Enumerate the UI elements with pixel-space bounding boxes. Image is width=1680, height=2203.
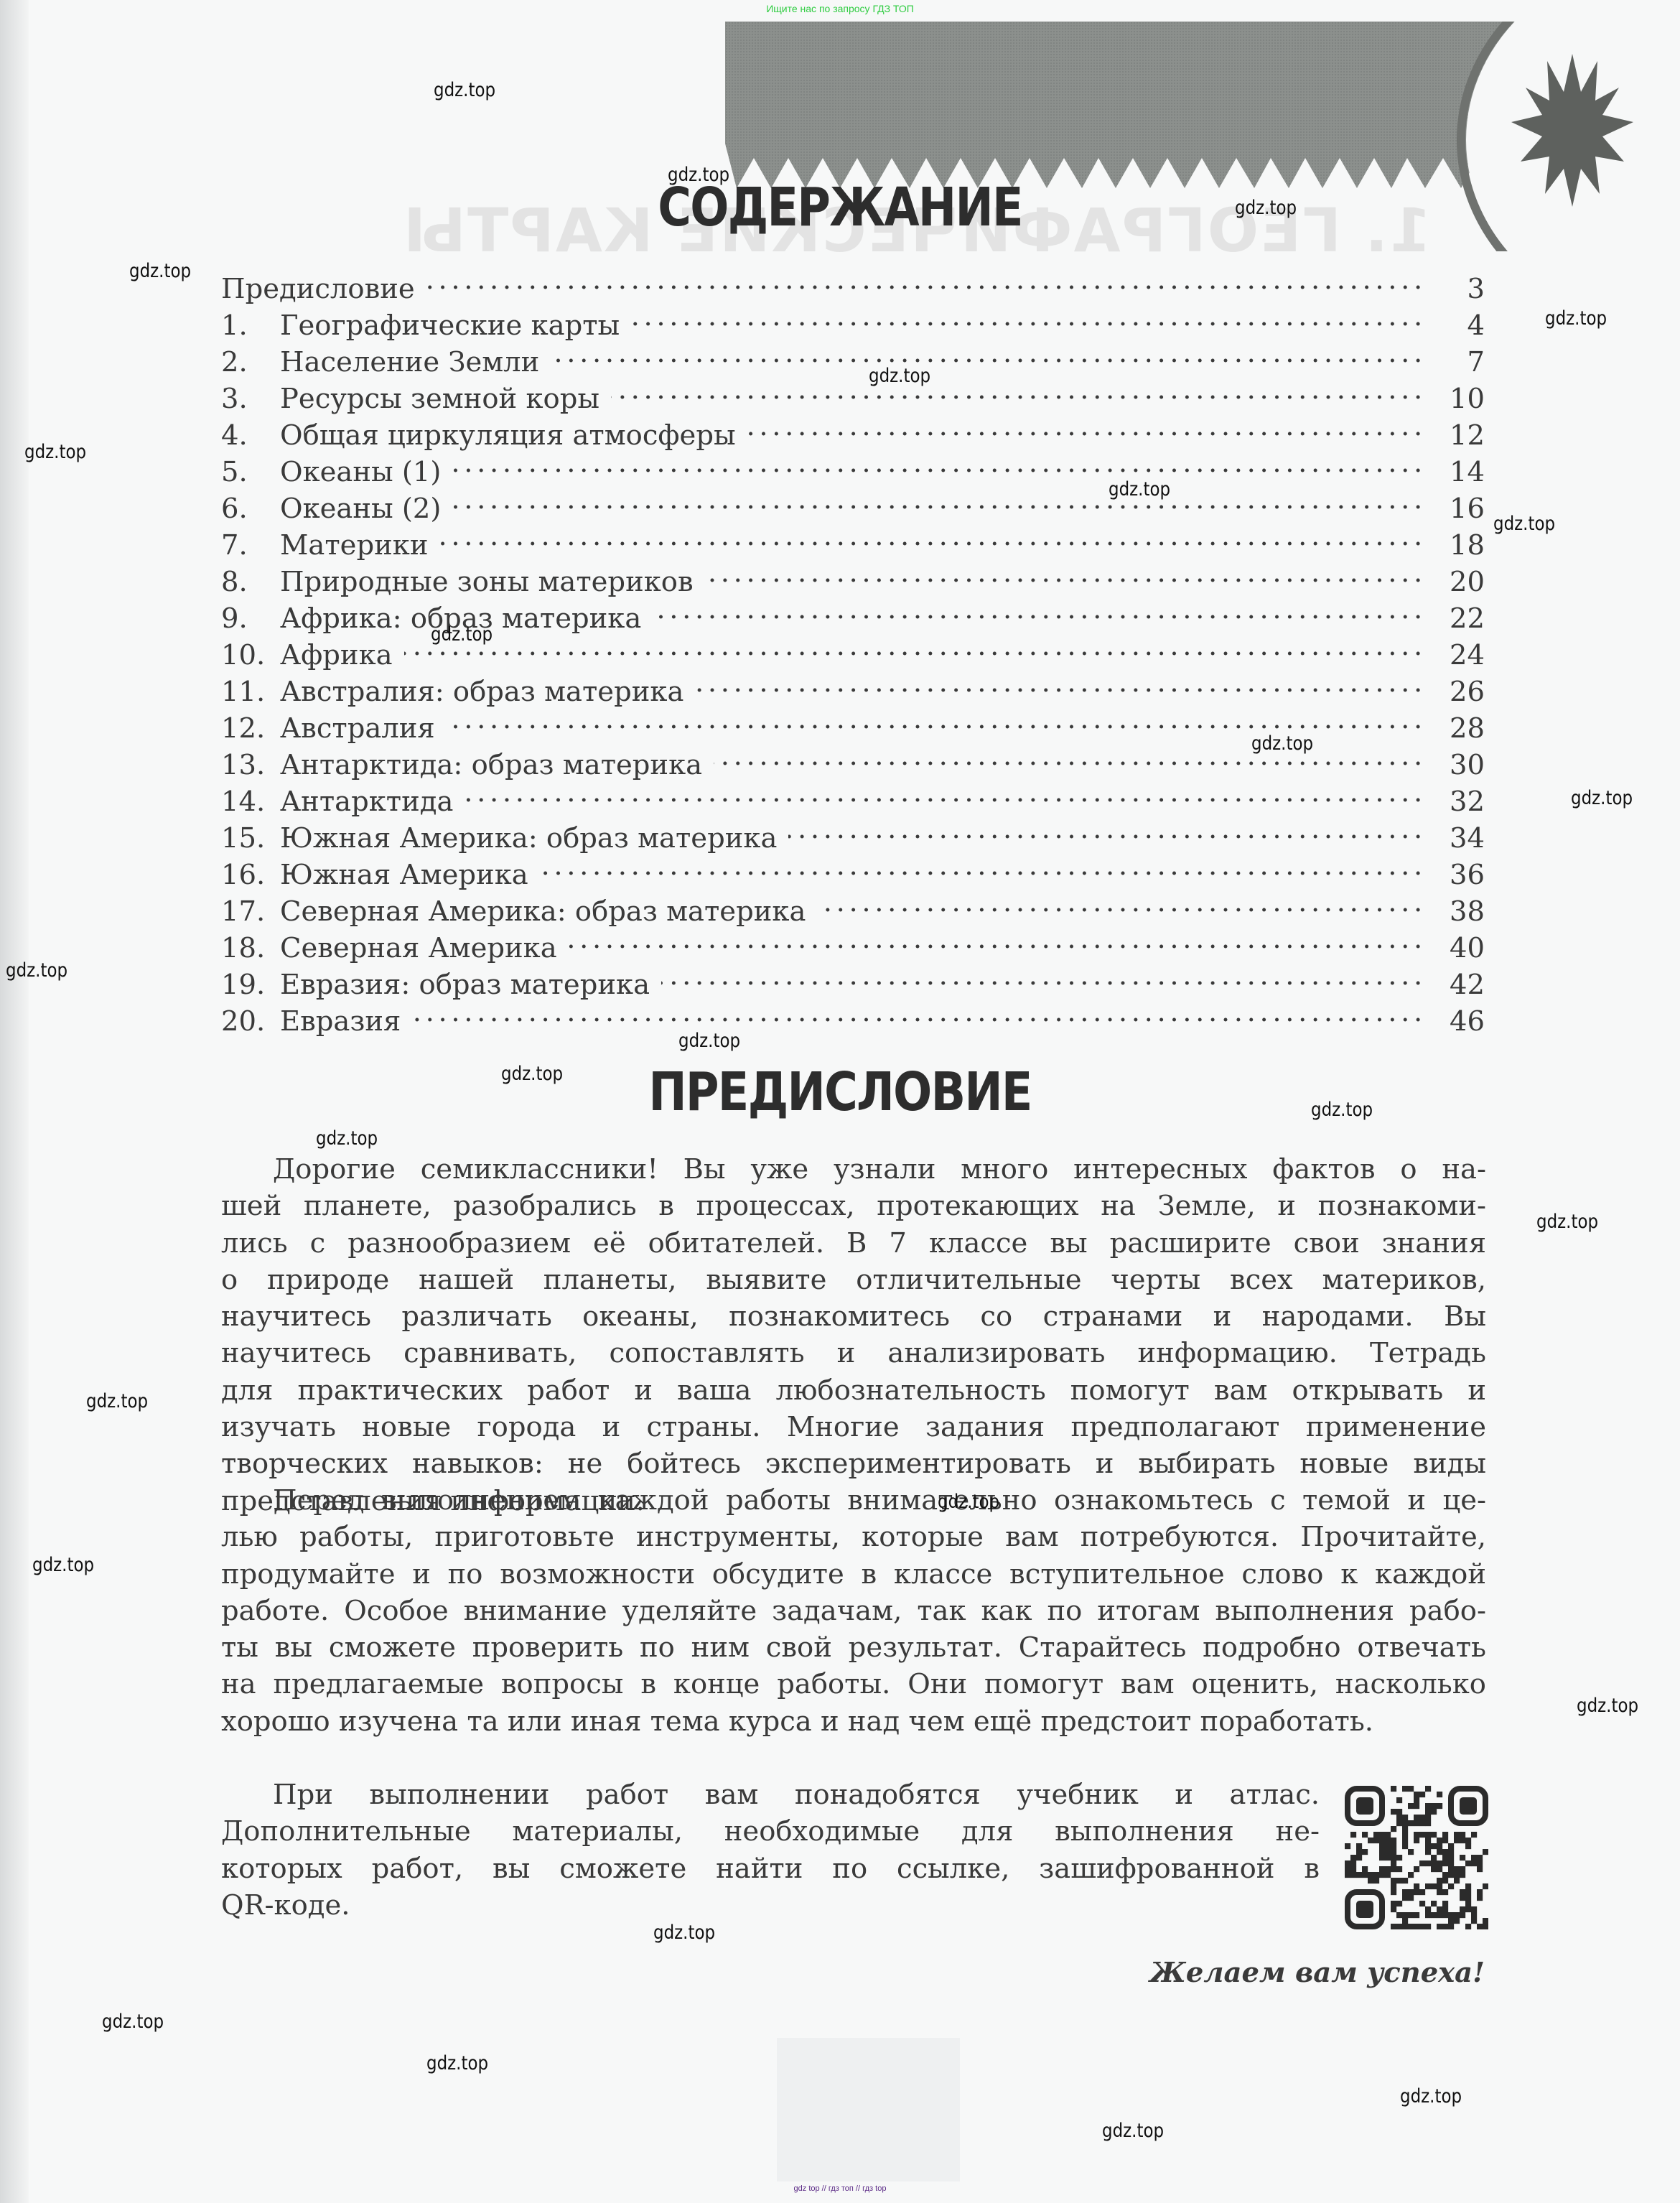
toc-entry-number: 8. <box>221 564 280 600</box>
toc-entry-number: 14. <box>221 783 280 820</box>
watermark: gdz.top <box>501 1063 563 1085</box>
toc-entry-page: 46 <box>1420 1003 1485 1040</box>
watermark: gdz.top <box>1577 1695 1638 1717</box>
text-line: о природе нашей планеты, выявите отличит… <box>221 1262 1486 1298</box>
watermark: gdz.top <box>32 1554 94 1576</box>
toc-entry-title: Ресурсы земной коры <box>280 381 611 417</box>
toc-dot-leader <box>788 811 1420 847</box>
bleed-through-image <box>777 2038 960 2181</box>
closing-wish: Желаем вам успеха! <box>1149 1957 1485 1989</box>
toc-entry-number: 11. <box>221 674 280 710</box>
toc-entry-title: Северная Америка <box>280 930 569 967</box>
text-line: При выполнении работ вам понадобятся уче… <box>221 1776 1320 1813</box>
text-line: изучать новые города и страны. Многие за… <box>221 1409 1486 1445</box>
toc-entry-page: 22 <box>1420 600 1485 637</box>
toc-entry-number: 4. <box>221 417 280 454</box>
watermark: gdz.top <box>24 441 86 463</box>
toc-dot-leader <box>569 921 1420 957</box>
watermark: gdz.top <box>1536 1211 1598 1233</box>
toc-dot-leader <box>404 628 1420 664</box>
toc-dot-leader <box>631 298 1420 335</box>
toc-dot-leader <box>714 737 1420 774</box>
watermark: gdz.top <box>678 1030 740 1052</box>
toc-entry-page: 40 <box>1420 930 1485 967</box>
toc-entry[interactable]: 11.Австралия: образ материка26 <box>221 664 1485 701</box>
watermark: gdz.top <box>1545 307 1607 330</box>
toc-entry-page: 26 <box>1420 674 1485 710</box>
toc-entry-title: Австралия <box>280 710 447 747</box>
text-line: научитесь различать океаны, познакомитес… <box>221 1298 1486 1335</box>
text-line: Дополнительные материалы, необходимые дл… <box>221 1813 1320 1850</box>
footer-links[interactable]: gdz top // гдз топ // гдз top <box>0 2184 1680 2193</box>
toc-entry-number: 2. <box>221 344 280 381</box>
watermark: gdz.top <box>6 959 67 982</box>
foreword-paragraph-3: При выполнении работ вам понадобятся уче… <box>221 1776 1320 1924</box>
toc-dot-leader <box>705 554 1420 591</box>
contents-heading: СОДЕРЖАНИЕ <box>118 177 1562 238</box>
toc-entry-page: 38 <box>1420 893 1485 930</box>
text-line: научитесь сравнивать, сопоставлять и ана… <box>221 1335 1486 1371</box>
toc-entry[interactable]: 10.Африка24 <box>221 628 1485 664</box>
toc-dot-leader <box>661 957 1420 994</box>
watermark: gdz.top <box>668 164 729 186</box>
text-line: QR-коде. <box>221 1887 1320 1924</box>
toc-entry-page: 10 <box>1420 381 1485 417</box>
toc-dot-leader <box>817 884 1420 921</box>
search-hint[interactable]: Ищите нас по запросу ГДЗ ТОП <box>0 3 1680 14</box>
qr-code[interactable] <box>1345 1786 1488 1929</box>
toc-entry-number: 15. <box>221 820 280 857</box>
watermark: gdz.top <box>1571 787 1633 809</box>
watermark: gdz.top <box>1493 513 1555 535</box>
toc-entry-title: Африка <box>280 637 404 674</box>
toc-entry-page: 7 <box>1420 344 1485 381</box>
toc-entry-number: 7. <box>221 527 280 564</box>
toc-entry-page: 28 <box>1420 710 1485 747</box>
toc-entry-page: 3 <box>1420 271 1485 307</box>
toc-entry-page: 24 <box>1420 637 1485 674</box>
watermark: gdz.top <box>1109 478 1170 500</box>
watermark: gdz.top <box>426 2052 488 2074</box>
toc-entry-page: 14 <box>1420 454 1485 490</box>
text-line: лись с разнообразием её обитателей. В 7 … <box>221 1225 1486 1262</box>
foreword-paragraph-2: Перед выполнением каждой работы внимател… <box>221 1482 1486 1740</box>
toc-entry-number: 17. <box>221 893 280 930</box>
toc-dot-leader <box>551 335 1420 371</box>
toc-entry-title: Океаны (2) <box>280 490 452 527</box>
watermark: gdz.top <box>434 79 495 101</box>
watermark: gdz.top <box>1235 197 1297 219</box>
text-line: шей планете, разобрались в процессах, пр… <box>221 1188 1486 1224</box>
toc-dot-leader <box>426 261 1420 298</box>
text-line: на предлагаемые вопросы в конце работы. … <box>221 1666 1486 1703</box>
toc-entry-title: Население Земли <box>280 344 551 381</box>
text-line: которых работ, вы сможете найти по ссылк… <box>221 1850 1320 1887</box>
toc-entry-number: 12. <box>221 710 280 747</box>
toc-entry-number: 10. <box>221 637 280 674</box>
toc-dot-leader <box>412 994 1420 1030</box>
foreword-paragraph-1: Дорогие семиклассники! Вы уже узнали мно… <box>221 1151 1486 1519</box>
toc-entry-number: 1. <box>221 307 280 344</box>
text-line: ты вы сможете проверить по ним свой резу… <box>221 1629 1486 1666</box>
text-line: работе. Особое внимание уделяйте задачам… <box>221 1593 1486 1629</box>
watermark: gdz.top <box>938 1491 999 1513</box>
toc-dot-leader <box>452 444 1420 481</box>
toc-entry-page: 32 <box>1420 783 1485 820</box>
table-of-contents: Предисловие31.Географические карты42.Нас… <box>221 261 1485 1030</box>
text-line: лью работы, приготовьте инструменты, кот… <box>221 1519 1486 1555</box>
toc-entry-number: 9. <box>221 600 280 637</box>
toc-entry-title: Природные зоны материков <box>280 564 705 600</box>
toc-entry-title: Антарктида <box>280 783 465 820</box>
toc-entry-number: 13. <box>221 747 280 783</box>
watermark: gdz.top <box>1251 732 1313 755</box>
text-line: хорошо изучена та или иная тема курса и … <box>221 1703 1486 1740</box>
toc-dot-leader <box>611 371 1420 408</box>
toc-dot-leader <box>452 481 1420 518</box>
page-binding-shadow <box>0 0 29 2203</box>
toc-entry-number: 6. <box>221 490 280 527</box>
watermark: gdz.top <box>431 623 493 646</box>
toc-entry-page: 12 <box>1420 417 1485 454</box>
text-line: продумайте и по возможности обсудите в к… <box>221 1556 1486 1593</box>
toc-entry-title: Предисловие <box>221 271 426 307</box>
toc-entry-number: 16. <box>221 857 280 893</box>
toc-entry-page: 4 <box>1420 307 1485 344</box>
watermark: gdz.top <box>102 2011 164 2033</box>
toc-entry-title: Материки <box>280 527 440 564</box>
toc-entry-number: 5. <box>221 454 280 490</box>
toc-entry-title: Океаны (1) <box>280 454 452 490</box>
toc-dot-leader <box>653 591 1420 628</box>
toc-entry-number: 18. <box>221 930 280 967</box>
watermark: gdz.top <box>869 365 930 387</box>
watermark: gdz.top <box>1102 2120 1164 2142</box>
toc-entry-page: 36 <box>1420 857 1485 893</box>
toc-entry-number: 19. <box>221 967 280 1003</box>
toc-entry-page: 34 <box>1420 820 1485 857</box>
watermark: gdz.top <box>1311 1099 1373 1121</box>
toc-entry-page: 20 <box>1420 564 1485 600</box>
toc-entry-title: Южная Америка <box>280 857 540 893</box>
toc-dot-leader <box>465 774 1420 811</box>
text-line: Дорогие семиклассники! Вы уже узнали мно… <box>221 1151 1486 1188</box>
toc-dot-leader <box>695 664 1420 701</box>
text-line: для практических работ и ваша любознател… <box>221 1372 1486 1409</box>
toc-dot-leader <box>747 408 1420 444</box>
toc-entry[interactable]: Предисловие3 <box>221 261 1485 298</box>
toc-entry-number: 20. <box>221 1003 280 1040</box>
toc-entry-page: 16 <box>1420 490 1485 527</box>
watermark: gdz.top <box>653 1922 715 1944</box>
toc-dot-leader <box>540 847 1420 884</box>
toc-entry-page: 30 <box>1420 747 1485 783</box>
toc-entry-title: Евразия <box>280 1003 412 1040</box>
toc-entry-page: 42 <box>1420 967 1485 1003</box>
toc-entry-number: 3. <box>221 381 280 417</box>
watermark: gdz.top <box>1400 2085 1462 2107</box>
watermark: gdz.top <box>86 1390 148 1412</box>
watermark: gdz.top <box>129 260 191 282</box>
text-line: Перед выполнением каждой работы внимател… <box>221 1482 1486 1519</box>
toc-dot-leader <box>440 518 1421 554</box>
watermark: gdz.top <box>316 1127 378 1150</box>
toc-entry-page: 18 <box>1420 527 1485 564</box>
text-line: творческих навыков: не бойтесь экспериме… <box>221 1445 1486 1482</box>
